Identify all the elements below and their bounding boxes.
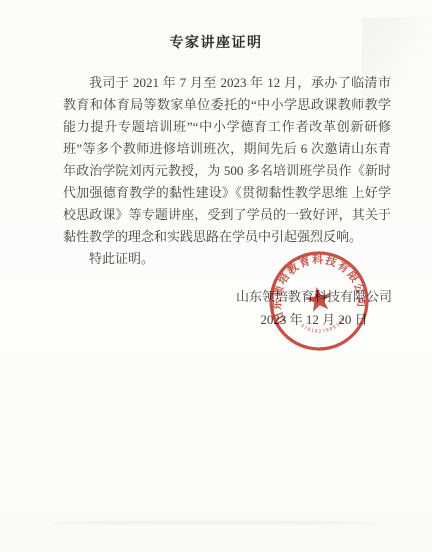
signature-block: 山东领培教育科技有限公司 2023 年 12 月 20 日 <box>236 285 392 331</box>
body-paragraph-main: 我司于 2021 年 7 月至 2023 年 12 月，承办了临清市教育和体育局… <box>63 72 391 248</box>
document-title: 专家讲座证明 <box>0 32 432 52</box>
signature-date: 2023 年 12 月 20 日 <box>236 308 392 331</box>
certificate-page: 专家讲座证明 我司于 2021 年 7 月至 2023 年 12 月，承办了临清… <box>0 0 432 552</box>
page-bottom-shadow <box>52 521 374 526</box>
body-paragraph-closing: 特此证明。 <box>63 248 391 270</box>
document-body: 我司于 2021 年 7 月至 2023 年 12 月，承办了临清市教育和体育局… <box>63 72 391 270</box>
signature-company: 山东领培教育科技有限公司 <box>236 285 392 308</box>
